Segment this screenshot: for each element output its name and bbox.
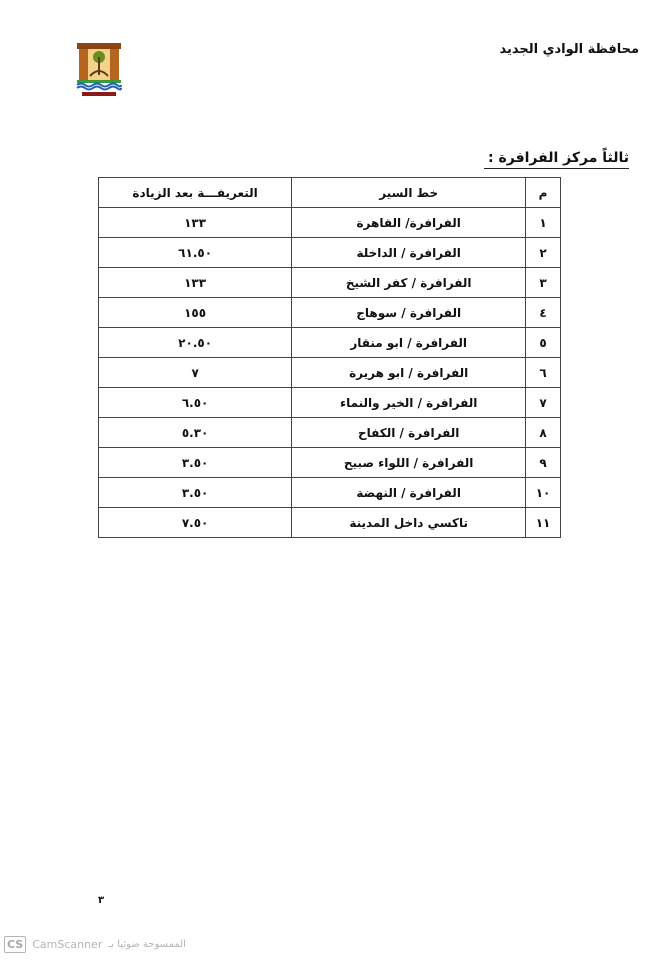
route-cell: الفرافرة / النهضة xyxy=(292,478,526,508)
row-number: ٣ xyxy=(526,268,561,298)
route-cell: الفرافرة / ابو منقار xyxy=(292,328,526,358)
organization-name: محافظة الوادي الجديد xyxy=(499,42,639,57)
table-row: ٨ الفرافرة / الكفاح ٥.٣٠ xyxy=(99,418,561,448)
row-number: ٧ xyxy=(526,388,561,418)
column-header-number: م xyxy=(526,178,561,208)
route-cell: الفرافرة / ابو هريرة xyxy=(292,358,526,388)
route-cell: تاكسي داخل المدينة xyxy=(292,508,526,538)
row-number: ٩ xyxy=(526,448,561,478)
table-row: ٩ الفرافرة / اللواء صبيح ٣.٥٠ xyxy=(99,448,561,478)
table-row: ٦ الفرافرة / ابو هريرة ٧ xyxy=(99,358,561,388)
fare-cell: ١٣٣ xyxy=(99,268,292,298)
table-row: ١ الفرافرة/ القاهرة ١٣٣ xyxy=(99,208,561,238)
row-number: ٥ xyxy=(526,328,561,358)
row-number: ١١ xyxy=(526,508,561,538)
route-cell: الفرافرة / الخير والنماء xyxy=(292,388,526,418)
row-number: ١٠ xyxy=(526,478,561,508)
column-header-route: خط السير xyxy=(292,178,526,208)
fare-cell: ٧.٥٠ xyxy=(99,508,292,538)
table-row: ٥ الفرافرة / ابو منقار ٢٠.٥٠ xyxy=(99,328,561,358)
row-number: ١ xyxy=(526,208,561,238)
camscanner-watermark: CS CamScanner الممسوحة ضوئيا بـ xyxy=(4,934,186,954)
column-header-fare: التعريفـــة بعد الزيادة xyxy=(99,178,292,208)
table-row: ١١ تاكسي داخل المدينة ٧.٥٠ xyxy=(99,508,561,538)
fare-cell: ٣.٥٠ xyxy=(99,478,292,508)
watermark-brand: CamScanner xyxy=(32,938,102,951)
row-number: ٤ xyxy=(526,298,561,328)
table-row: ١٠ الفرافرة / النهضة ٣.٥٠ xyxy=(99,478,561,508)
governorate-logo-icon xyxy=(76,40,122,100)
fare-cell: ١٥٥ xyxy=(99,298,292,328)
route-cell: الفرافرة / اللواء صبيح xyxy=(292,448,526,478)
route-cell: الفرافرة / سوهاج xyxy=(292,298,526,328)
watermark-text: الممسوحة ضوئيا بـ xyxy=(108,939,186,950)
fare-cell: ٥.٣٠ xyxy=(99,418,292,448)
table-row: ٢ الفرافرة / الداخلة ٦١.٥٠ xyxy=(99,238,561,268)
page-number: ٣ xyxy=(98,895,104,906)
fare-cell: ٦.٥٠ xyxy=(99,388,292,418)
route-cell: الفرافرة / كفر الشيخ xyxy=(292,268,526,298)
table-row: ٤ الفرافرة / سوهاج ١٥٥ xyxy=(99,298,561,328)
camscanner-logo-icon: CS xyxy=(4,936,26,953)
row-number: ٢ xyxy=(526,238,561,268)
fares-table: م خط السير التعريفـــة بعد الزيادة ١ الف… xyxy=(98,177,561,538)
fare-cell: ١٣٣ xyxy=(99,208,292,238)
fare-cell: ٧ xyxy=(99,358,292,388)
fare-cell: ٦١.٥٠ xyxy=(99,238,292,268)
row-number: ٦ xyxy=(526,358,561,388)
row-number: ٨ xyxy=(526,418,561,448)
route-cell: الفرافرة/ القاهرة xyxy=(292,208,526,238)
route-cell: الفرافرة / الكفاح xyxy=(292,418,526,448)
section-title: ثالثاً مركز الفرافرة : xyxy=(484,150,629,169)
table-row: ٣ الفرافرة / كفر الشيخ ١٣٣ xyxy=(99,268,561,298)
fare-cell: ٢٠.٥٠ xyxy=(99,328,292,358)
table-row: ٧ الفرافرة / الخير والنماء ٦.٥٠ xyxy=(99,388,561,418)
fare-cell: ٣.٥٠ xyxy=(99,448,292,478)
route-cell: الفرافرة / الداخلة xyxy=(292,238,526,268)
table-header-row: م خط السير التعريفـــة بعد الزيادة xyxy=(99,178,561,208)
